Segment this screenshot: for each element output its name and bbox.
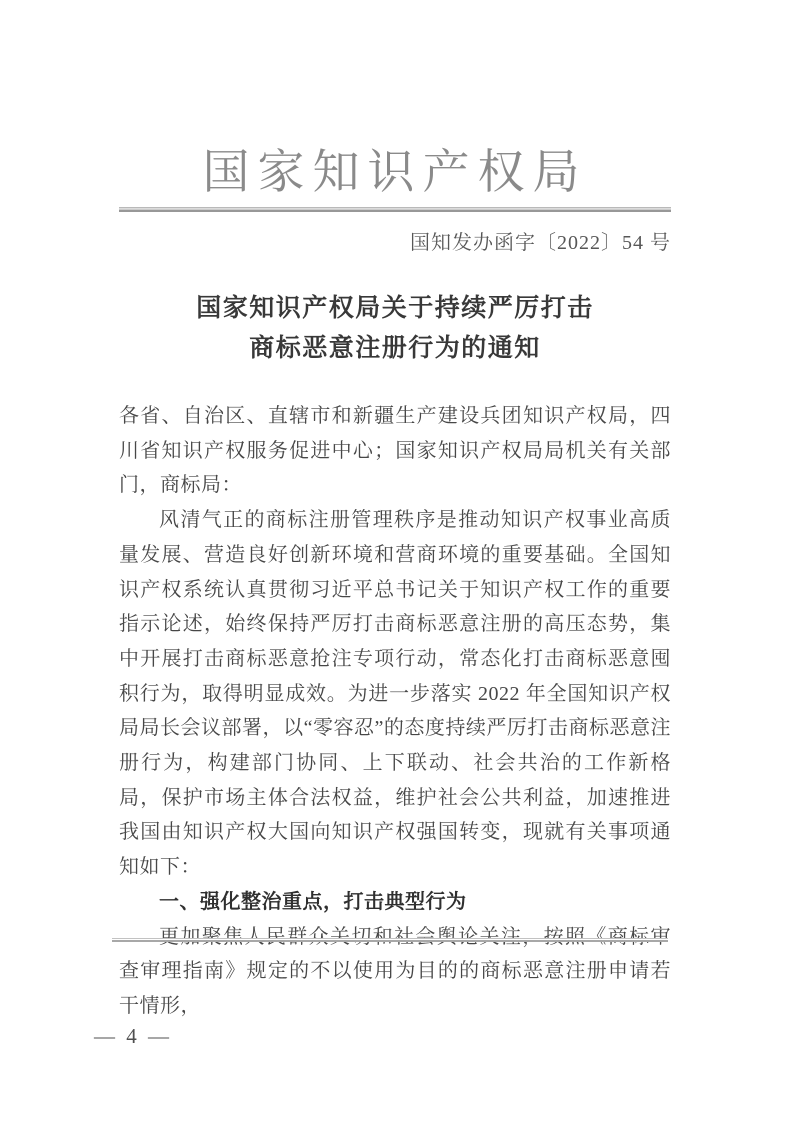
notice-body: 各省、自治区、直辖市和新疆生产建设兵团知识产权局，四川省知识产权服务促进中心；国…: [119, 399, 671, 1024]
section-heading-1: 一、强化整治重点，打击典型行为: [119, 885, 671, 920]
body-paragraph-2: 更加聚焦人民群众关切和社会舆论关注，按照《商标审查审理指南》规定的不以使用为目的…: [119, 920, 671, 1024]
salutation-paragraph: 各省、自治区、直辖市和新疆生产建设兵团知识产权局，四川省知识产权服务促进中心；国…: [119, 399, 671, 503]
page-number: — 4 —: [94, 1024, 172, 1048]
notice-title-line2: 商标恶意注册行为的通知: [119, 329, 671, 369]
agency-title: 国家知识产权局: [119, 0, 671, 200]
notice-title-line1: 国家知识产权局关于持续严厉打击: [119, 289, 671, 329]
document-number: 国知发办函字〔2022〕54 号: [119, 229, 671, 257]
letterhead-divider: [119, 207, 671, 212]
letterhead: 国家知识产权局 国知发办函字〔2022〕54 号: [119, 0, 671, 257]
document-page: 国家知识产权局 国知发办函字〔2022〕54 号 国家知识产权局关于持续严厉打击…: [0, 0, 793, 1122]
footer-divider: [112, 938, 668, 942]
notice-title: 国家知识产权局关于持续严厉打击 商标恶意注册行为的通知: [119, 289, 671, 369]
content-area: 国家知识产权局 国知发办函字〔2022〕54 号 国家知识产权局关于持续严厉打击…: [0, 0, 793, 1024]
body-paragraph-1: 风清气正的商标注册管理秩序是推动知识产权事业高质量发展、营造良好创新环境和营商环…: [119, 503, 671, 885]
